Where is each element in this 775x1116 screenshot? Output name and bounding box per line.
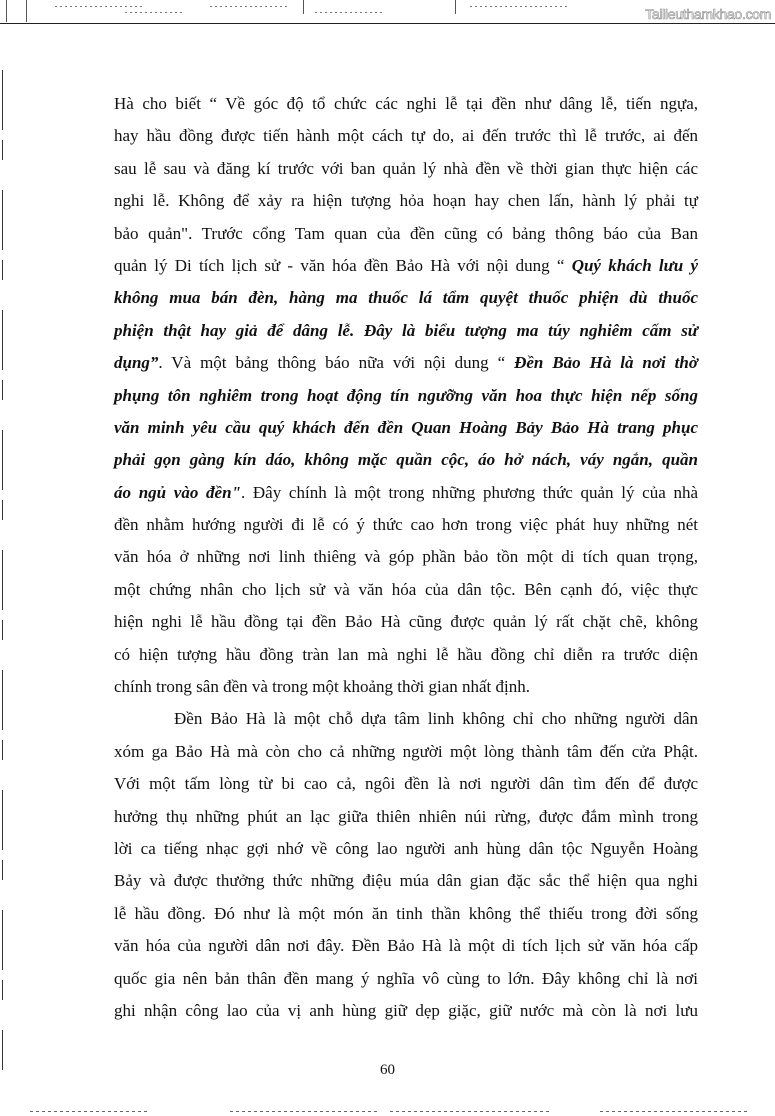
text-line: chính trong sân đền và trong một khoảng …: [114, 671, 698, 703]
body-text: hưởng thụ những phút an lạc giữa thiên n…: [114, 807, 698, 826]
text-line: phiện thật hay giả để dâng lễ. Đây là bi…: [114, 315, 698, 347]
body-text: lễ hầu đồng. Đó như là một món ăn tinh t…: [114, 904, 698, 923]
page-number: 60: [0, 1062, 775, 1079]
text-line: văn hóa của người dân nơi đây. Đền Bảo H…: [114, 930, 698, 962]
scan-noise: [390, 1111, 550, 1112]
text-line: Bảy và được thưởng thức những điệu múa d…: [114, 865, 698, 897]
scan-noise: [315, 12, 385, 13]
body-text: quốc gia nên bản thân đền mang ý nghĩa v…: [114, 969, 698, 988]
scan-footer-artifacts: [0, 1106, 775, 1116]
scan-noise: [470, 6, 570, 7]
body-text: Hà cho biết “ Về góc độ tổ chức các nghi…: [114, 94, 698, 113]
watermark: Tailieuthamkhao.com: [645, 6, 771, 22]
text-line: phải gọn gàng kín dáo, không mặc quần cộ…: [114, 444, 698, 476]
body-text: đền nhằm hướng người đi lễ có ý thức cao…: [114, 515, 698, 534]
body-text: văn hóa ở những nơi linh thiêng và góp p…: [114, 547, 698, 566]
body-text: Với một tấm lòng từ bi cao cả, ngôi đền …: [114, 774, 698, 793]
text-line: Đền Bảo Hà là một chỗ dựa tâm linh không…: [114, 703, 698, 735]
scan-noise: [230, 1111, 380, 1112]
body-text: quản lý Di tích lịch sử - văn hóa đền Bả…: [114, 256, 572, 275]
text-line: văn hóa ở những nơi linh thiêng và góp p…: [114, 541, 698, 573]
text-line: đền nhằm hướng người đi lễ có ý thức cao…: [114, 509, 698, 541]
text-line: áo ngủ vào đền". Đây chính là một trong …: [114, 477, 698, 509]
body-text: . Và một bảng thông báo nữa với nội dung…: [158, 353, 514, 372]
text-line: Hà cho biết “ Về góc độ tổ chức các nghi…: [114, 88, 698, 120]
body-text: Đền Bảo Hà là một chỗ dựa tâm linh không…: [174, 709, 698, 728]
scan-noise: [30, 1111, 150, 1112]
document-body: Hà cho biết “ Về góc độ tổ chức các nghi…: [114, 88, 698, 1027]
body-text: xóm ga Bảo Hà mà còn cho cả những người …: [114, 742, 698, 761]
header-rule: [0, 23, 775, 24]
scan-mark: [6, 0, 7, 22]
text-line: Với một tấm lòng từ bi cao cả, ngôi đền …: [114, 768, 698, 800]
body-text: hiện nghi lễ hầu đồng tại đền Bảo Hà cũn…: [114, 612, 698, 631]
text-line: dụng”. Và một bảng thông báo nữa với nội…: [114, 347, 698, 379]
body-text: bảo quản". Trước cổng Tam quan của đền c…: [114, 224, 698, 243]
scan-noise: [55, 6, 145, 7]
text-line: lễ hầu đồng. Đó như là một món ăn tinh t…: [114, 898, 698, 930]
text-line: hay hầu đồng được tiến hành một cách tự …: [114, 120, 698, 152]
quoted-notice-text: phải gọn gàng kín dáo, không mặc quần cộ…: [114, 450, 698, 469]
text-line: có hiện tượng hầu đồng tràn lan mà nghi …: [114, 639, 698, 671]
quoted-notice-text: Quý khách lưu ý: [572, 256, 698, 275]
text-line: quốc gia nên bản thân đền mang ý nghĩa v…: [114, 963, 698, 995]
text-line: ghi nhận công lao của vị anh hùng giữ dẹ…: [114, 995, 698, 1027]
text-line: xóm ga Bảo Hà mà còn cho cả những người …: [114, 736, 698, 768]
scan-noise: [600, 1111, 750, 1112]
text-line: lời ca tiếng nhạc gợi nhớ về công lao ng…: [114, 833, 698, 865]
text-line: nghi lễ. Không để xảy ra hiện tượng hỏa …: [114, 185, 698, 217]
text-line: quản lý Di tích lịch sử - văn hóa đền Bả…: [114, 250, 698, 282]
body-text: lời ca tiếng nhạc gợi nhớ về công lao ng…: [114, 839, 698, 858]
scan-noise: [210, 6, 290, 7]
text-line: sau lễ sau và đăng kí trước với ban quản…: [114, 153, 698, 185]
quoted-notice-text: áo ngủ vào đền": [114, 483, 241, 502]
text-line: một chứng nhân cho lịch sử và văn hóa củ…: [114, 574, 698, 606]
quoted-notice-text: phiện thật hay giả để dâng lễ. Đây là bi…: [114, 321, 698, 340]
body-text: . Đây chính là một trong những phương th…: [241, 483, 698, 502]
quoted-notice-text: không mua bán đèn, hàng ma thuốc lá tẩm …: [114, 288, 698, 307]
text-line: không mua bán đèn, hàng ma thuốc lá tẩm …: [114, 282, 698, 314]
text-line: bảo quản". Trước cổng Tam quan của đền c…: [114, 218, 698, 250]
body-text: chính trong sân đền và trong một khoảng …: [114, 677, 530, 696]
body-text: sau lễ sau và đăng kí trước với ban quản…: [114, 159, 698, 178]
body-text: một chứng nhân cho lịch sử và văn hóa củ…: [114, 580, 698, 599]
quoted-notice-text: phụng tôn nghiêm trong hoạt động tín ngư…: [114, 386, 698, 405]
body-text: Bảy và được thưởng thức những điệu múa d…: [114, 871, 698, 890]
scan-noise: [125, 12, 185, 13]
scan-mark: [455, 0, 456, 14]
scan-mark: [303, 0, 304, 14]
quoted-notice-text: văn minh yêu cầu quý khách đến đền Quan …: [114, 418, 698, 437]
text-line: hưởng thụ những phút an lạc giữa thiên n…: [114, 801, 698, 833]
scan-mark: [26, 0, 27, 22]
quoted-notice-text: dụng”: [114, 353, 158, 372]
body-text: ghi nhận công lao của vị anh hùng giữ dẹ…: [114, 1001, 698, 1020]
scan-margin-line: [2, 70, 3, 1070]
text-line: phụng tôn nghiêm trong hoạt động tín ngư…: [114, 380, 698, 412]
body-text: hay hầu đồng được tiến hành một cách tự …: [114, 126, 698, 145]
quoted-notice-text: Đền Bảo Hà là nơi thờ: [514, 353, 698, 372]
body-text: văn hóa của người dân nơi đây. Đền Bảo H…: [114, 936, 698, 955]
body-text: nghi lễ. Không để xảy ra hiện tượng hỏa …: [114, 191, 698, 210]
scan-header-artifacts: Tailieuthamkhao.com: [0, 0, 775, 26]
text-line: văn minh yêu cầu quý khách đến đền Quan …: [114, 412, 698, 444]
text-line: hiện nghi lễ hầu đồng tại đền Bảo Hà cũn…: [114, 606, 698, 638]
body-text: có hiện tượng hầu đồng tràn lan mà nghi …: [114, 645, 698, 664]
